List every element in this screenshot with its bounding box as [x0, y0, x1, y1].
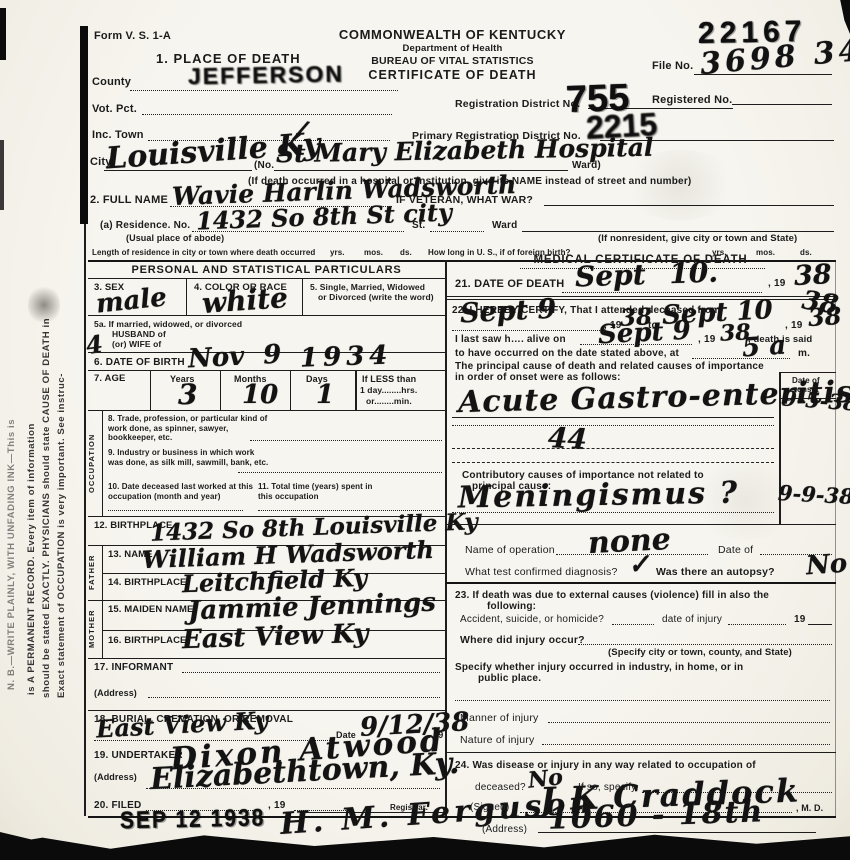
injury-date-line — [728, 624, 786, 625]
dob-label: 6. DATE OF BIRTH — [94, 357, 185, 369]
attended-from-line — [452, 330, 600, 331]
residence-line — [192, 231, 404, 232]
vot-pct-label: Vot. Pct. — [92, 103, 137, 116]
principal-cause-date: 9-5-38 — [781, 385, 850, 415]
form-right-border — [835, 260, 836, 816]
occurred-m-label: m. — [798, 348, 810, 360]
occupation-vertical-label: OCCUPATION — [87, 412, 96, 514]
cause-underline-dotted — [452, 425, 774, 426]
age-cell-divider-2 — [220, 370, 221, 410]
file-no-line — [694, 74, 832, 75]
occupation-industry-label: 9. Industry or business in which work wa… — [108, 448, 270, 467]
residence-st-label: St. — [412, 220, 425, 232]
injury-date-label: date of injury — [662, 614, 722, 626]
death-certificate-scan: N. B.—WRITE PLAINLY, WITH UNFADING INK—T… — [0, 0, 850, 860]
dod-year-prefix: , 19 — [768, 278, 785, 290]
cause-code-value: 44 — [547, 421, 588, 456]
cause-underline-solid — [452, 417, 774, 418]
scan-edge-left-mid — [0, 140, 4, 210]
margin-instruction-1: is A PERMANENT RECORD. Every item of inf… — [26, 235, 37, 695]
where-injury-line — [578, 644, 832, 645]
contributory-line — [452, 512, 774, 513]
scan-bottom-tear — [0, 832, 850, 860]
onset-box-top — [779, 372, 836, 373]
occupation-trade-label: 8. Trade, profession, or particular kind… — [108, 414, 270, 443]
manner-of-injury-label: Manner of injury — [460, 712, 538, 724]
scan-edge-top-left — [0, 8, 6, 60]
nonresident-note: (If nonresident, give city or town and S… — [598, 234, 797, 245]
physician-address-line — [538, 832, 816, 833]
personal-title-underline — [88, 278, 445, 279]
county-label: County — [92, 76, 131, 89]
contributory-date: 9-9-38 — [777, 480, 850, 509]
department-subtitle: Department of Health — [330, 44, 575, 55]
age-label: 7. AGE — [94, 374, 125, 385]
full-name-label: 2. FULL NAME — [90, 194, 168, 207]
to-year-value: 38 — [807, 301, 842, 332]
county-stamp: JEFFERSON — [188, 61, 344, 91]
county-line — [130, 90, 398, 91]
length-residence-label: Length of residence in city or town wher… — [92, 248, 315, 257]
informant-label: 17. INFORMANT — [94, 662, 173, 674]
md-label: , M. D. — [796, 803, 823, 813]
father-vertical-label: FATHER — [87, 545, 96, 600]
injury-block-bottom — [445, 752, 836, 753]
wife-label: (or) WIFE of — [112, 340, 161, 350]
test-value: ✓ — [626, 549, 651, 581]
age-months-value: 10 — [242, 380, 278, 410]
date-of-death-value: Sept 10. — [574, 256, 718, 294]
residence-ward-line — [522, 231, 834, 232]
age-cell-divider-4 — [355, 370, 357, 410]
injury-19-label: 19 — [794, 614, 806, 626]
marital-label-2: or Divorced (write the word) — [318, 293, 434, 303]
mother-strip-divider — [102, 600, 103, 658]
mother-birthplace-label: 16. BIRTHPLACE — [108, 636, 186, 647]
certificate-title: CERTIFICATE OF DEATH — [330, 68, 575, 82]
occupation-industry-line — [238, 472, 442, 473]
age-less-line1: 1 day........hrs. — [360, 386, 417, 396]
veteran-line — [544, 205, 834, 206]
sex-row-bottom — [88, 315, 445, 316]
accident-line — [612, 624, 654, 625]
registered-no-label: Registered No. — [652, 94, 732, 107]
mother-block-bottom — [88, 658, 445, 659]
residence-st-line — [430, 231, 484, 232]
specify-injury-line — [455, 700, 830, 701]
residence-label: (a) Residence. No. — [100, 220, 190, 232]
mother-birthplace-value: East View Ky — [182, 619, 369, 655]
margin-instruction-2: should be stated EXACTLY. PHYSICIANS sho… — [41, 228, 52, 698]
stray-pen-mark: 4 — [84, 329, 105, 360]
nature-of-injury-label: Nature of injury — [460, 734, 534, 746]
injury-19-line — [808, 624, 832, 625]
institution-no-label: (No. — [254, 160, 274, 172]
date-of-death-line — [562, 292, 762, 293]
file-no-label: File No. — [652, 60, 693, 73]
residence-ward-label: Ward — [492, 220, 517, 232]
length-mos-label: mos. — [364, 248, 383, 257]
last-saw-label: I last saw h…. alive on — [455, 334, 566, 346]
operation-label: Name of operation — [465, 544, 555, 556]
scan-edge-top-right — [836, 0, 850, 34]
occupation-trade-line — [250, 440, 442, 441]
operation-date-label: Date of — [718, 544, 753, 556]
vot-pct-line — [142, 114, 392, 115]
personal-section-title: PERSONAL AND STATISTICAL PARTICULARS — [88, 264, 445, 277]
father-birthplace-label: 14. BIRTHPLACE — [108, 578, 186, 589]
date-of-death-label: 21. DATE OF DEATH — [455, 278, 564, 291]
last-saw-value: Sept 9 — [597, 316, 691, 351]
undertaker-address-line — [146, 788, 440, 789]
form-left-border — [84, 224, 86, 816]
occupation-totaltime-label: 11. Total time (years) spent in this occ… — [258, 482, 383, 501]
principal-cause-label-1: The principal cause of death and related… — [455, 361, 764, 373]
where-injury-note: (Specify city or town, county, and State… — [608, 648, 792, 659]
mother-vertical-label: MOTHER — [87, 600, 96, 658]
age-row-bottom — [88, 410, 445, 411]
saw-year-label: , 19 — [698, 334, 715, 346]
contributory-value: Meningismus ? — [458, 476, 740, 516]
occupation-lastworked-label: 10. Date deceased last worked at this oc… — [108, 482, 260, 501]
filed-date-stamp: SEP 12 1938 — [120, 805, 266, 836]
deceased-label: deceased? — [475, 782, 526, 794]
occurred-time-line — [692, 358, 790, 359]
form-left-border-heavy — [80, 26, 88, 224]
autopsy-label: Was there an autopsy? — [656, 566, 775, 578]
registration-district-label: Registration District No. — [455, 98, 580, 110]
last-saw-line — [580, 344, 692, 345]
nature-of-injury-line — [542, 744, 830, 745]
length-ds-label: ds. — [400, 248, 412, 257]
age-days-value: 1 — [316, 380, 334, 410]
informant-address-label: (Address) — [94, 688, 137, 698]
margin-instruction-3: Exact statement of OCCUPATION is very im… — [56, 228, 67, 698]
specify-injury-label-2: public place. — [478, 673, 541, 685]
age-cell-divider-3 — [290, 370, 291, 410]
external-causes-label-1: 23. If death was due to external causes … — [455, 590, 769, 602]
where-injury-label: Where did injury occur? — [460, 634, 585, 646]
commonwealth-title: COMMONWEALTH OF KENTUCKY — [330, 28, 575, 43]
occupation-strip-divider — [102, 410, 103, 516]
accident-label: Accident, suicide, or homicide? — [460, 614, 604, 626]
occupation-related-label: 24. Was disease or injury in any way rel… — [455, 760, 756, 772]
signed-label: (Signed) — [470, 802, 509, 814]
dob-year-value: 1934 — [300, 340, 393, 373]
test-label: What test confirmed diagnosis? — [465, 566, 618, 578]
external-causes-label-2: following: — [487, 601, 536, 613]
mother-name-label: 15. MAIDEN NAME — [108, 605, 193, 616]
age-cell-divider-1 — [150, 370, 151, 410]
age-less-line2: or........min. — [366, 397, 412, 407]
cause-blank-line-2 — [452, 462, 774, 463]
race-cell-divider — [302, 278, 303, 315]
form-number: Form V. S. 1-A — [94, 30, 171, 43]
city-line — [104, 170, 252, 171]
informant-address-line — [148, 697, 440, 698]
institution-line — [274, 170, 568, 171]
abode-note: (Usual place of abode) — [126, 233, 224, 243]
sex-cell-divider — [186, 278, 187, 315]
registered-no-line — [732, 104, 832, 105]
age-less-label: If LESS than — [362, 374, 416, 384]
occurred-label: to have occurred on the date stated abov… — [455, 348, 679, 360]
physician-address-value: 1060 - 18th — [547, 794, 764, 837]
ward-label: Ward) — [572, 160, 601, 172]
length-yrs-label: yrs. — [330, 248, 345, 257]
test-row-bottom — [445, 582, 836, 584]
informant-line — [182, 672, 440, 673]
year-19b-label: , 19 — [785, 320, 802, 332]
physician-address-label: (Address) — [482, 824, 527, 836]
bureau-subtitle: BUREAU OF VITAL STATISTICS — [330, 55, 575, 67]
undertaker-address-label: (Address) — [94, 772, 137, 782]
manner-of-injury-line — [548, 722, 830, 723]
attended-from-value: Sept 9 — [459, 294, 557, 330]
cause-blank-line-1 — [452, 448, 774, 449]
age-years-value: 3 — [178, 378, 197, 411]
specify-injury-label-1: Specify whether injury occurred in indus… — [455, 662, 743, 674]
occupation-lastworked-line — [108, 510, 243, 511]
margin-instruction-outer: N. B.—WRITE PLAINLY, WITH UNFADING INK—T… — [6, 250, 17, 690]
dob-row-bottom — [88, 370, 445, 371]
autopsy-value: No — [805, 549, 848, 582]
